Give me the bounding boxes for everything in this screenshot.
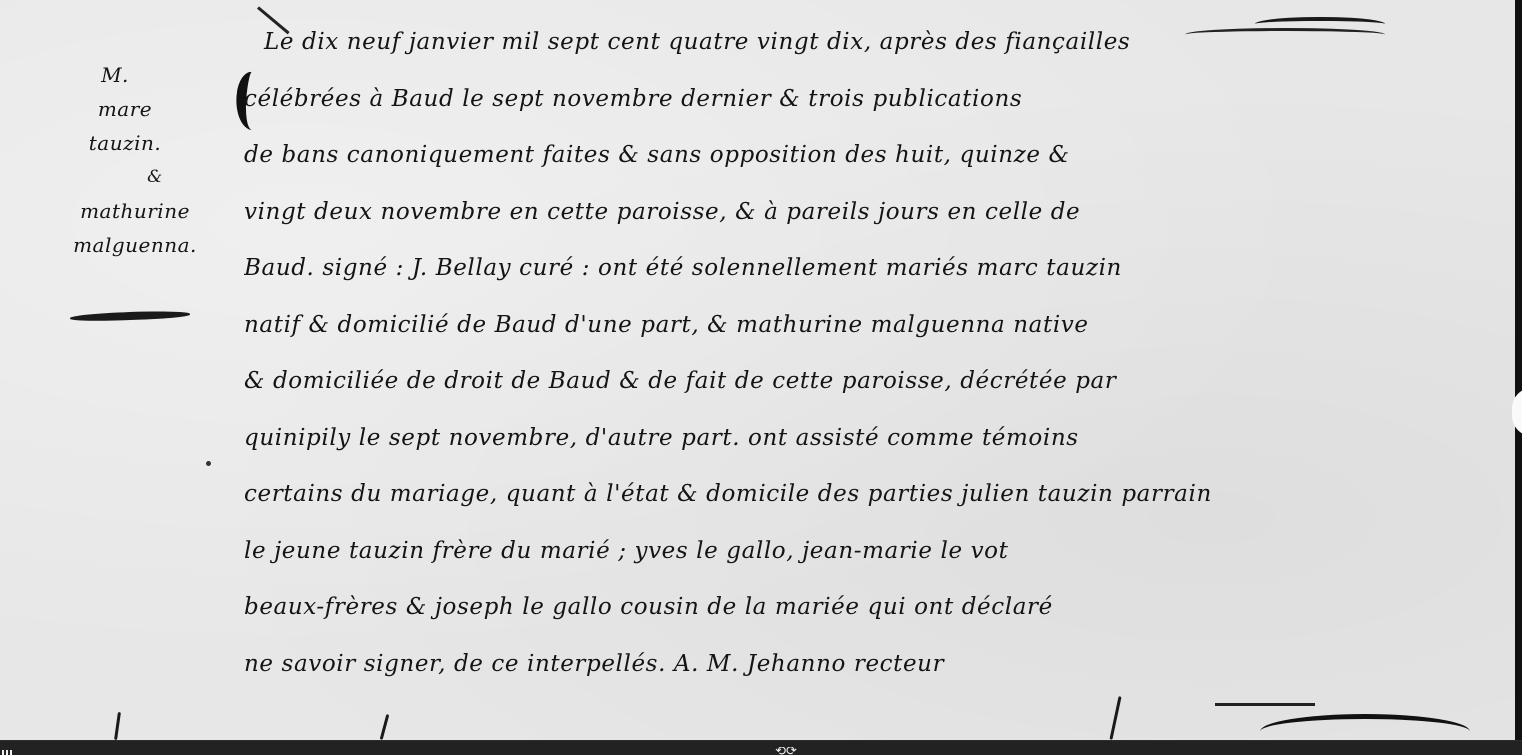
text-line: Baud. signé : J. Bellay curé : ont été s…	[244, 240, 1504, 297]
grid-menu-icon[interactable]	[2, 750, 14, 755]
text-line: certains du mariage, quant à l'état & do…	[244, 466, 1504, 523]
margin-note-line: mathurine	[30, 194, 240, 228]
text-line: Le dix neuf janvier mil sept cent quatre…	[244, 14, 1504, 71]
text-line: natif & domicilié de Baud d'une part, & …	[244, 297, 1504, 354]
margin-note-line: mare	[10, 92, 240, 126]
viewer-right-edge	[1515, 0, 1522, 740]
ink-descender	[114, 712, 121, 740]
text-line: vingt deux novembre en cette paroisse, &…	[244, 184, 1504, 241]
margin-flourish-rule	[70, 310, 190, 322]
ink-descender	[380, 714, 390, 740]
image-viewer: M. mare tauzin. & mathurine malguenna. L…	[0, 0, 1522, 755]
text-line: célébrées à Baud le sept novembre dernie…	[244, 71, 1504, 128]
text-line: de bans canoniquement faites & sans oppo…	[244, 127, 1504, 184]
margin-note-line: tauzin.	[10, 126, 240, 160]
rotate-icon[interactable]: ⟲⟳	[756, 747, 816, 755]
margin-note-line: malguenna.	[30, 228, 240, 262]
ink-descender	[1109, 696, 1121, 740]
register-entry-text: Le dix neuf janvier mil sept cent quatre…	[244, 14, 1504, 692]
text-line: & domiciliée de droit de Baud & de fait …	[244, 353, 1504, 410]
margin-note-line: M.	[0, 58, 240, 92]
signature-underline	[1215, 703, 1315, 706]
ink-dot	[206, 461, 211, 466]
text-line: le jeune tauzin frère du marié ; yves le…	[244, 523, 1504, 580]
signature-flourish	[1260, 714, 1470, 740]
margin-note: M. mare tauzin. & mathurine malguenna.	[30, 58, 240, 262]
text-line: beaux-frères & joseph le gallo cousin de…	[244, 579, 1504, 636]
document-scan[interactable]: M. mare tauzin. & mathurine malguenna. L…	[0, 0, 1515, 740]
viewer-toolbar: ⟲⟳	[0, 740, 1522, 755]
text-line: ne savoir signer, de ce interpellés. A. …	[244, 636, 1504, 693]
margin-note-line: &	[70, 160, 240, 194]
text-line: quinipily le sept novembre, d'autre part…	[244, 410, 1504, 467]
